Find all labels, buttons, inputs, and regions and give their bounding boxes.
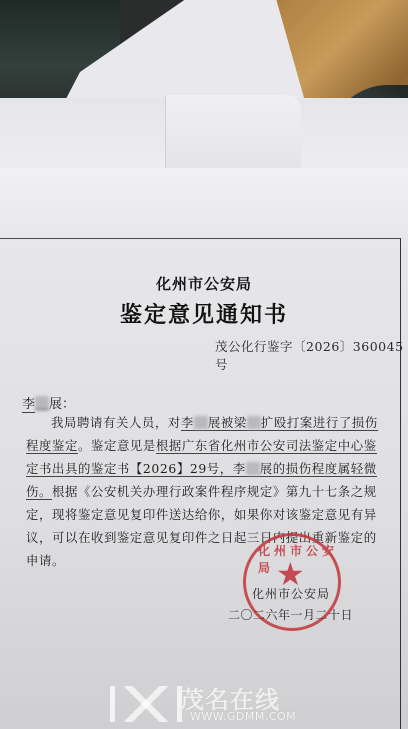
redacted-name <box>35 396 49 410</box>
paper-flap <box>165 95 301 173</box>
addressee: 李展： <box>22 393 75 412</box>
paper-band <box>0 168 408 238</box>
signature-date: 二〇二六年一月二十日 <box>228 606 353 623</box>
document-number: 茂公化行鉴字〔2026〕360045号 <box>215 337 408 373</box>
victim-name: 李展被梁扩殴打案进行了 <box>181 415 352 431</box>
document-title: 鉴定意见通知书 <box>0 298 408 329</box>
watermark-url: WWW.GDMM.COM <box>190 710 296 723</box>
redacted-name <box>246 462 260 475</box>
redacted-name <box>247 416 261 429</box>
addressee-given: 展： <box>49 397 75 412</box>
watermark-logo-icon <box>110 686 182 722</box>
signature-agency: 化州市公安局 <box>252 585 330 602</box>
issuing-agency: 化州市公安局 <box>0 273 408 294</box>
redacted-name <box>194 416 208 429</box>
watermark: 茂名在线 WWW.GDMM.COM <box>110 680 310 726</box>
